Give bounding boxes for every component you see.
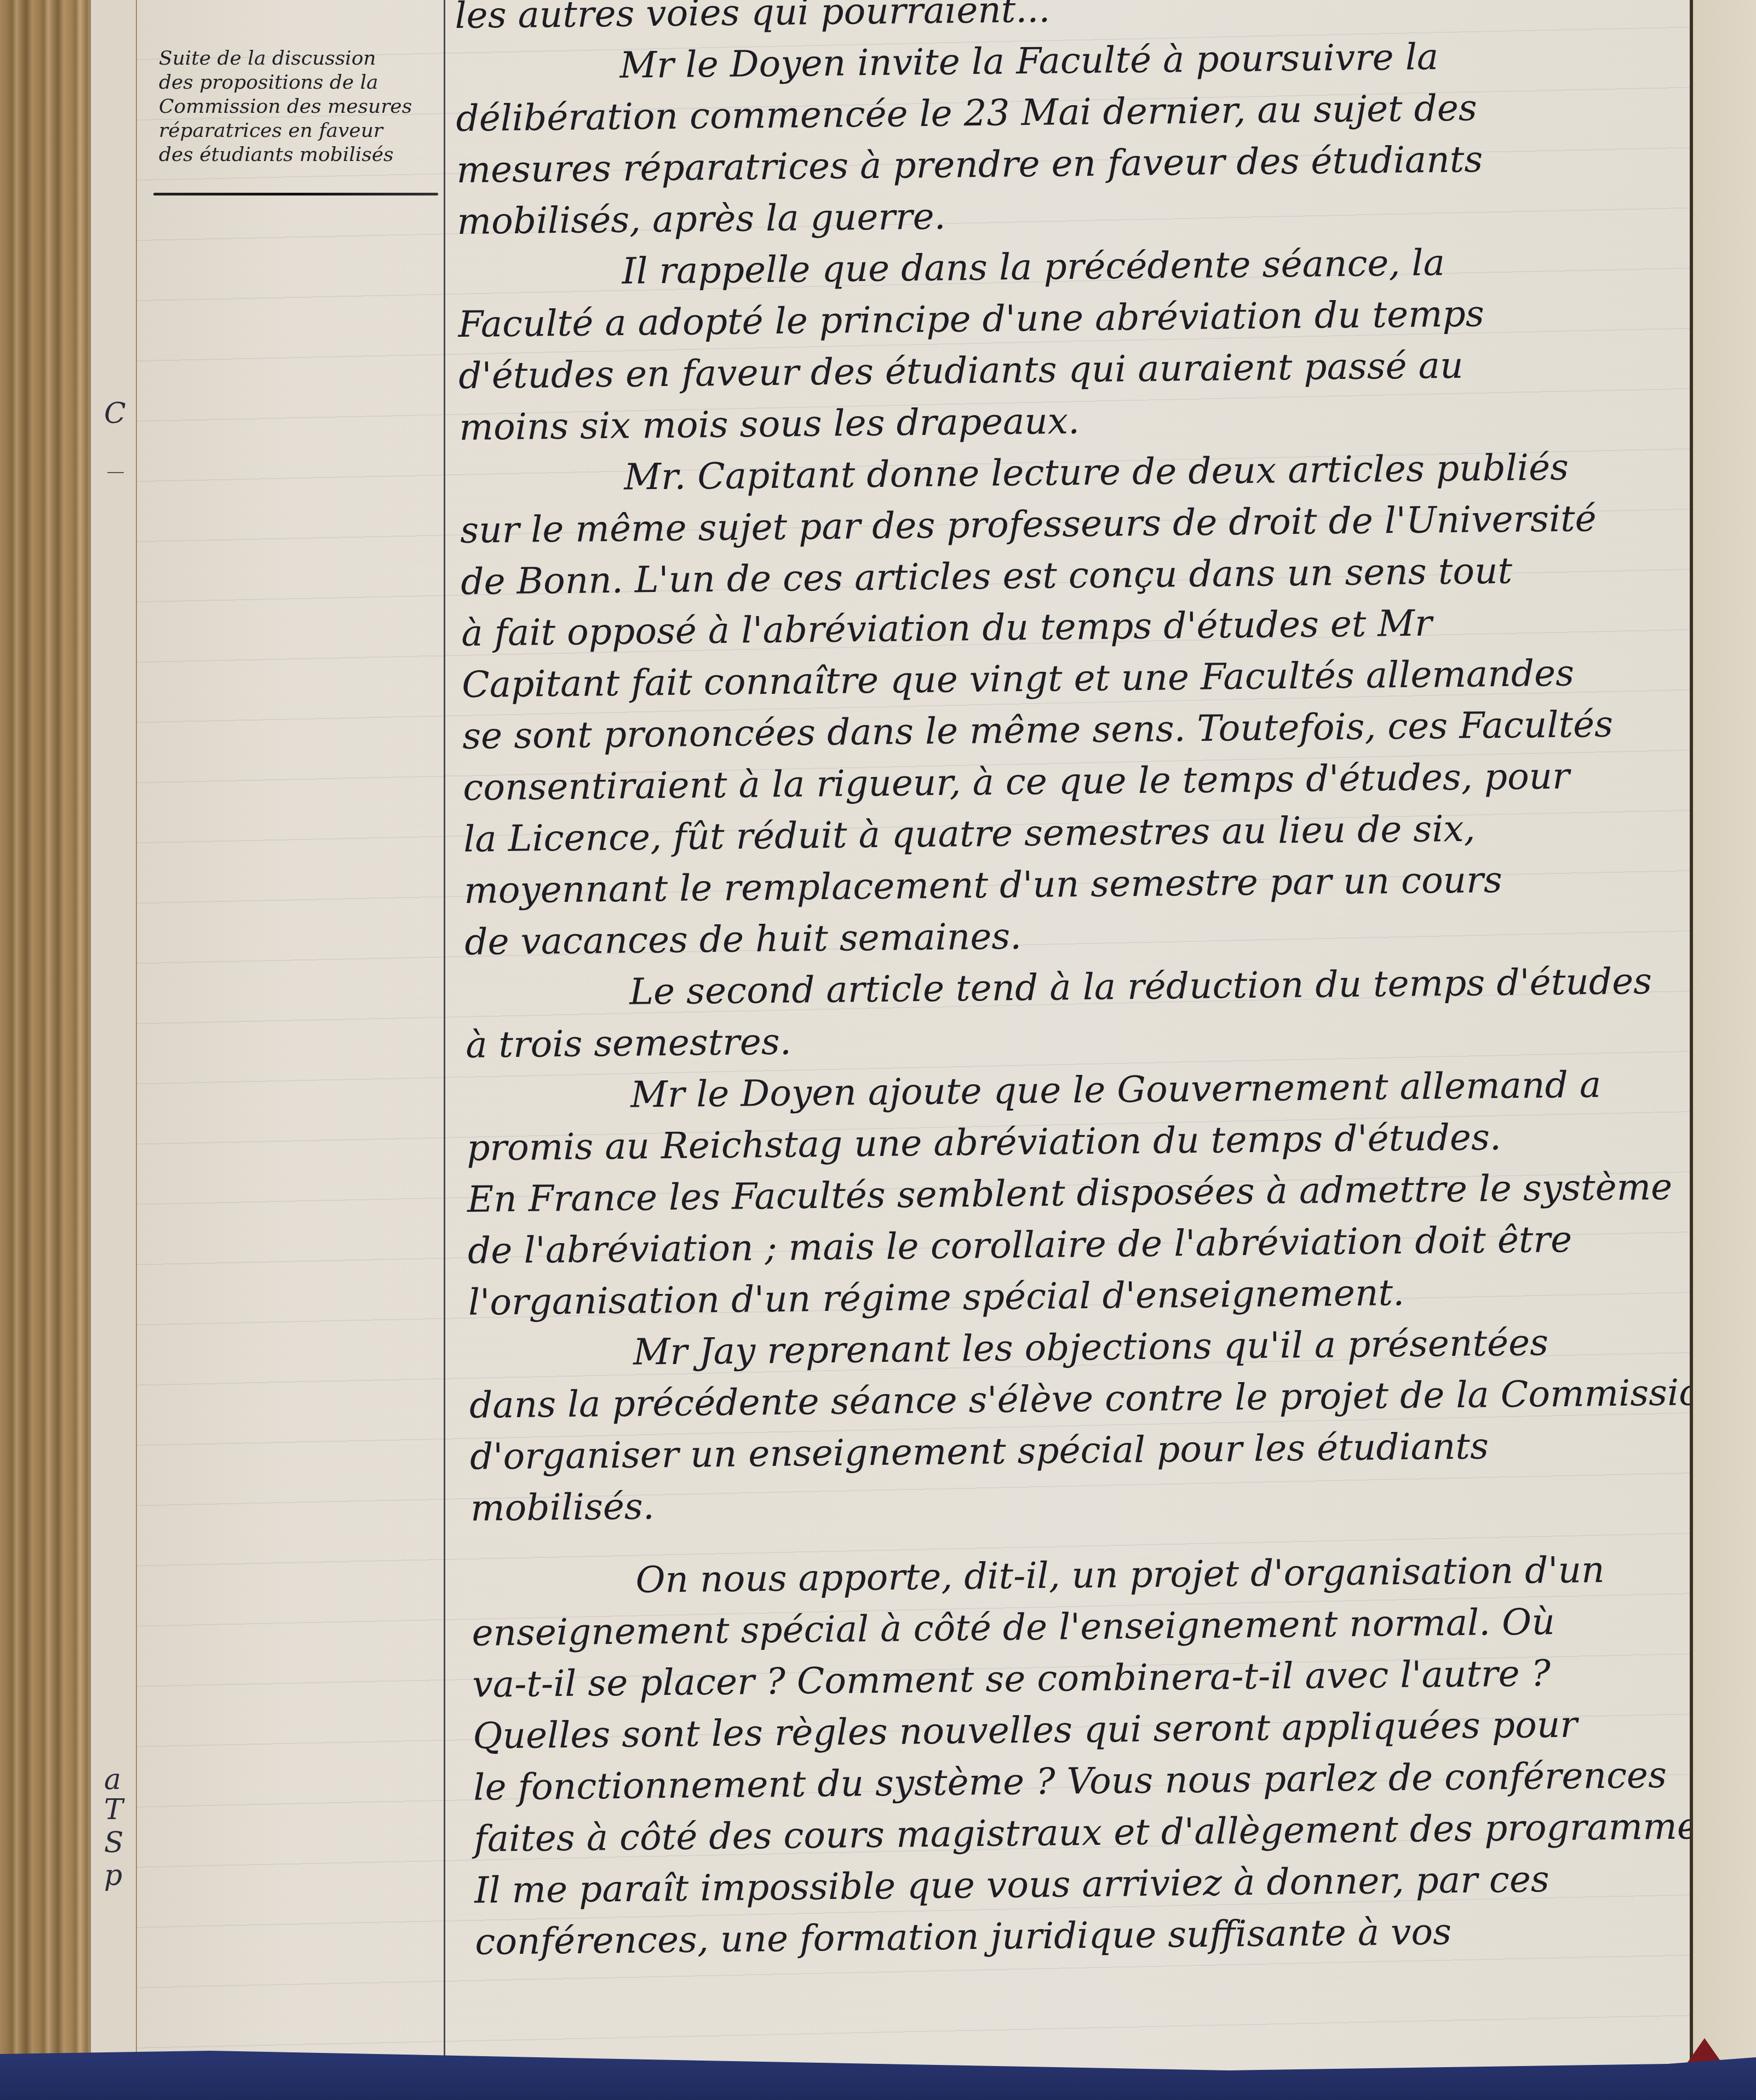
previous-page-margin-letter: p (104, 1859, 122, 1892)
margin-note-line: des étudiants mobilisés (159, 143, 438, 167)
previous-page-margin-letter: C (104, 397, 126, 430)
previous-page-margin-letter: a (104, 1763, 121, 1796)
margin-note-line: Commission des mesures (159, 95, 438, 119)
margin-note-underline (153, 193, 438, 195)
margin-note-line: Suite de la discussion (159, 47, 438, 71)
margin-note-line: réparatrices en faveur (159, 119, 438, 143)
manuscript-photo: C a T S p Suite de la discussion des pro… (0, 0, 1756, 2100)
next-page-sliver (1693, 0, 1756, 2081)
previous-page-sliver: C a T S p (88, 0, 140, 2075)
previous-page-dash (107, 472, 124, 473)
previous-page-margin-letter: T (104, 1793, 123, 1826)
margin-vertical-rule (444, 0, 445, 2081)
minutes-body-text: les autres voies qui pourraient... Mr le… (455, 0, 1713, 1968)
previous-page-margin-letter: S (104, 1826, 124, 1859)
register-page: Suite de la discussion des propositions … (137, 0, 1692, 2081)
margin-note-line: des propositions de la (159, 71, 438, 95)
margin-heading-note: Suite de la discussion des propositions … (159, 47, 438, 167)
